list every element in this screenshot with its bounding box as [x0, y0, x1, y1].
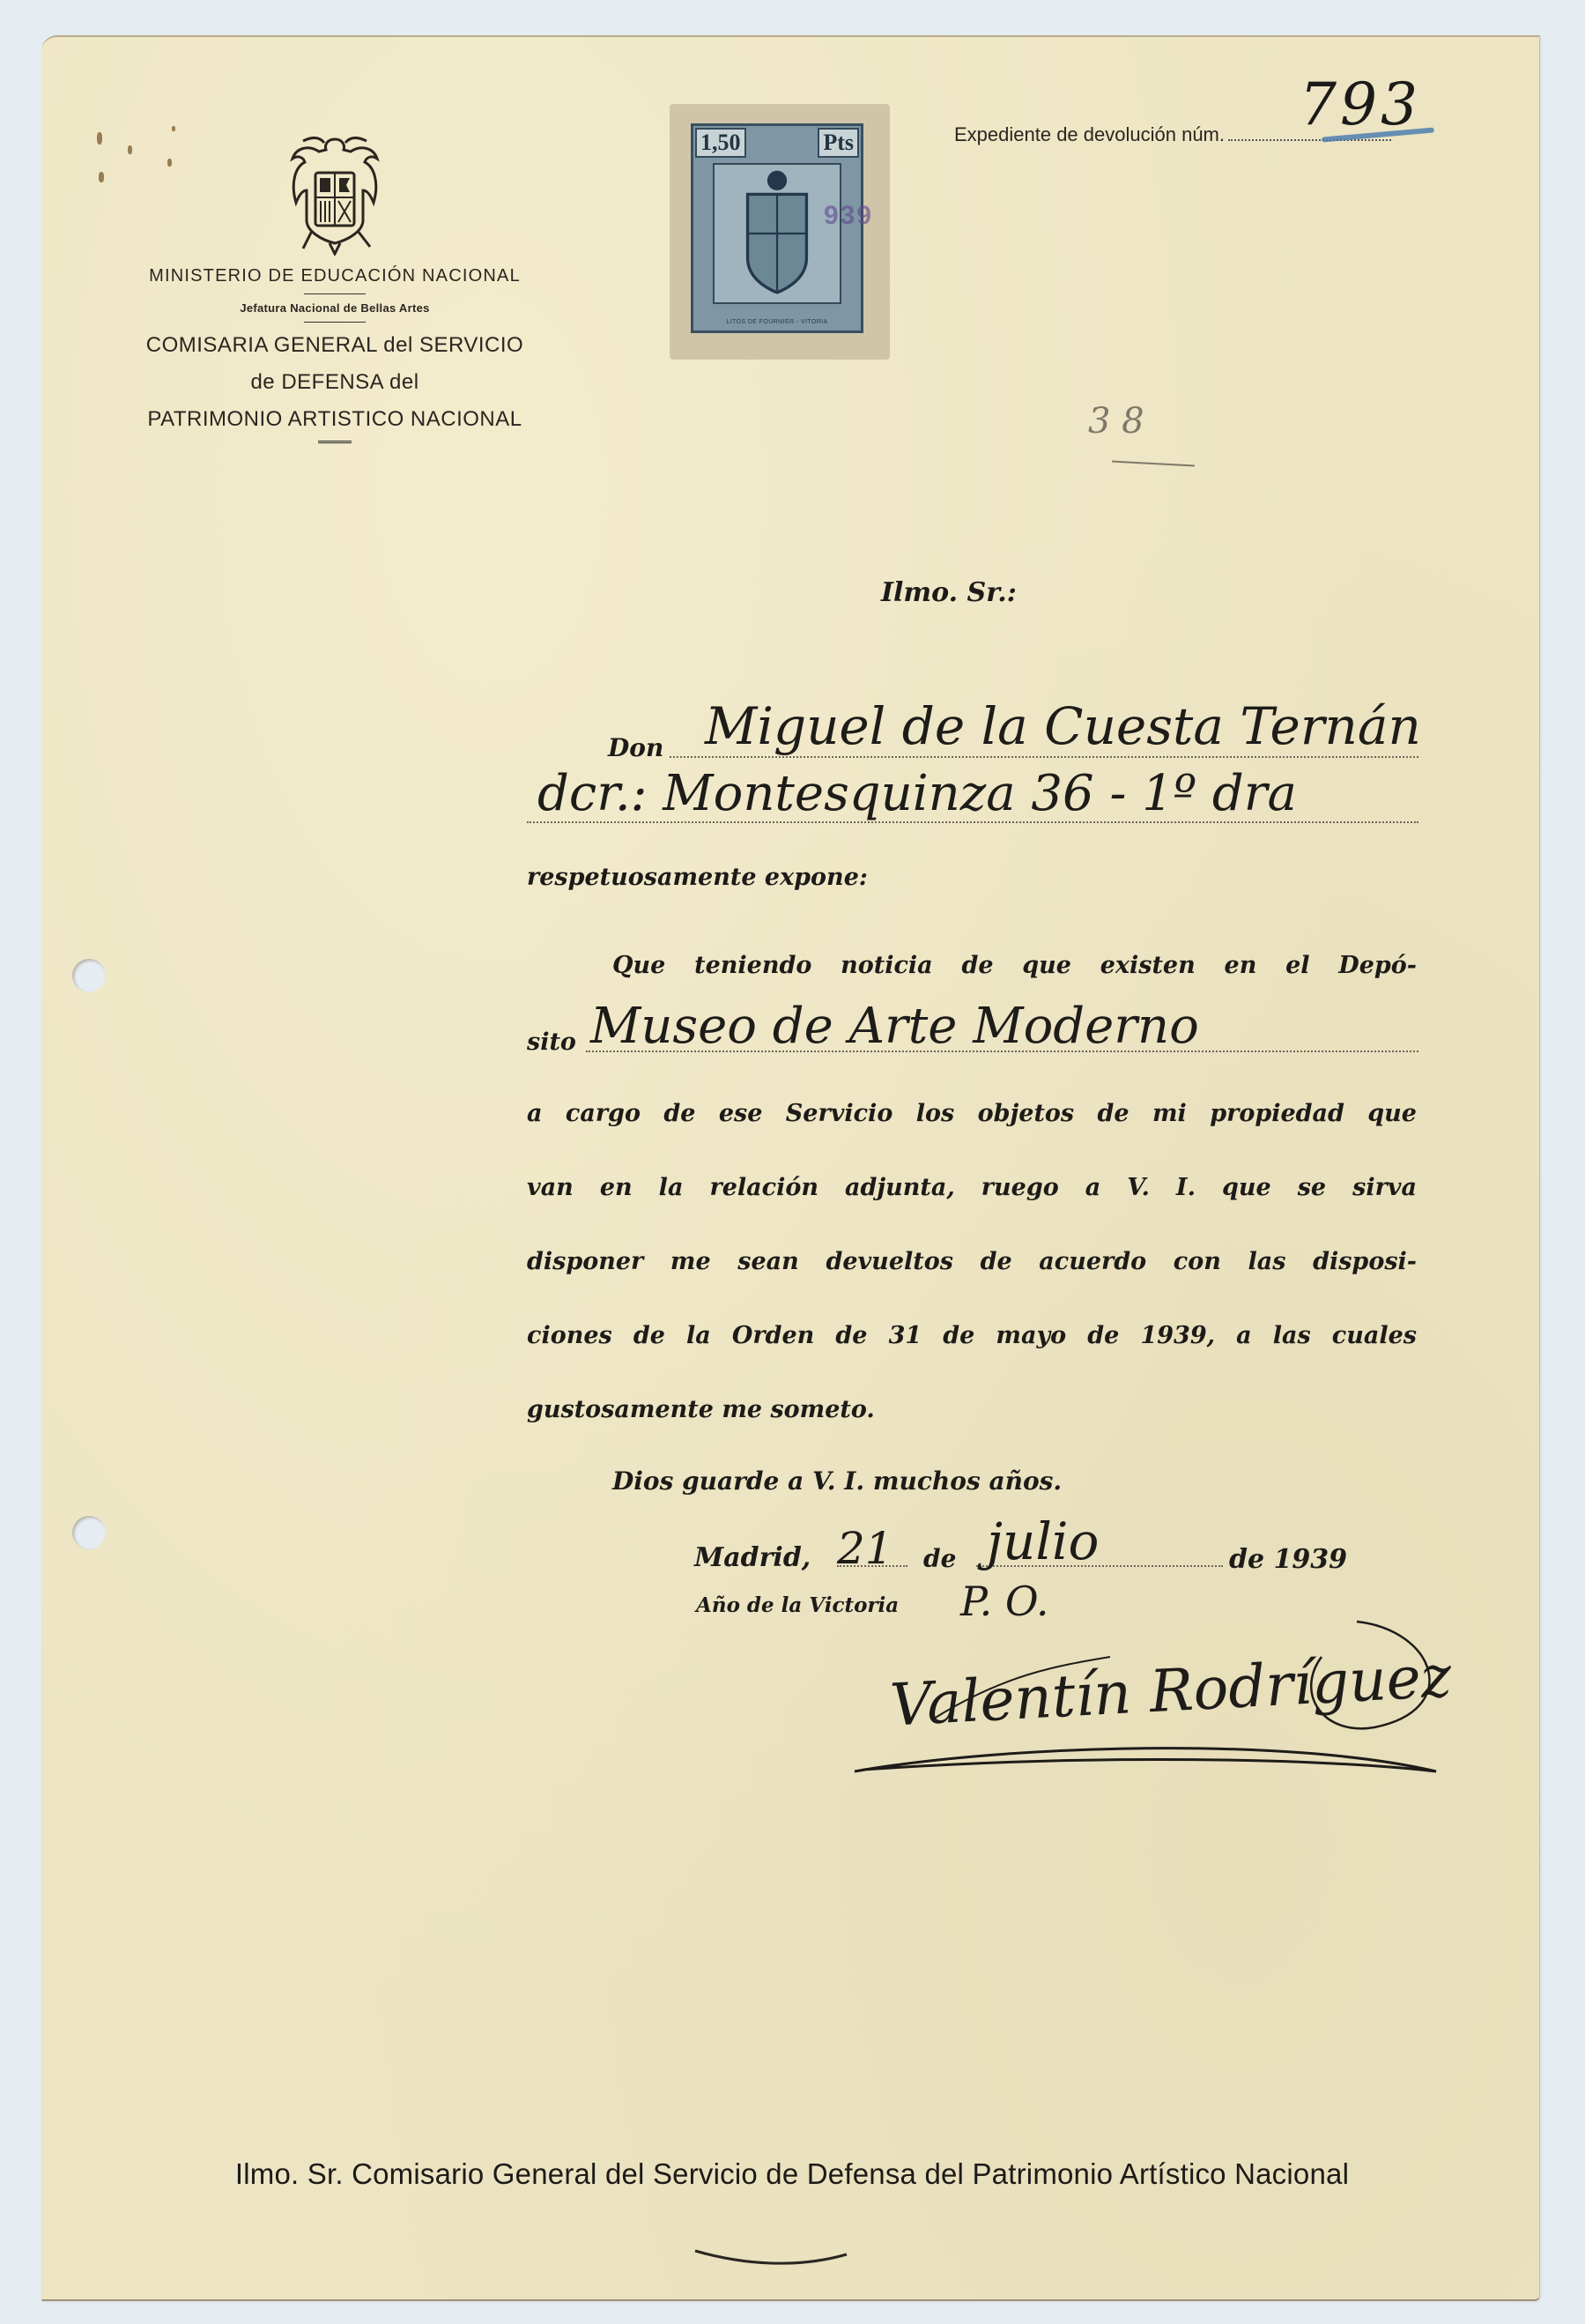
don-label: Don: [608, 733, 663, 762]
pencil-note: 3 8: [1088, 401, 1144, 442]
foxing-mark: [97, 132, 102, 145]
commission-line-2: de DEFENSA del: [132, 367, 537, 398]
stamp-shield-icon: [713, 163, 841, 304]
postmark-cancellation: 939: [824, 201, 873, 231]
commission-line-1: COMISARIA GENERAL del SERVICIO: [132, 330, 537, 361]
stamp-value: 1,50: [695, 128, 746, 158]
dotted-line: [670, 756, 1418, 758]
punch-hole: [72, 1516, 106, 1549]
expediente-number: 793: [1300, 71, 1421, 138]
applicant-name: Miguel de la Cuesta Ternán: [705, 696, 1421, 756]
deposit-location: Museo de Arte Moderno: [590, 998, 1199, 1055]
paragraph-line: Que teniendo noticia de que existen en e…: [612, 952, 1417, 979]
sito-label: sito: [527, 1028, 576, 1056]
addressee-footer: Ilmo. Sr. Comisario General del Servicio…: [153, 2157, 1431, 2191]
applicant-address: dcr.: Montesquinza 36 - 1º dra: [537, 765, 1297, 822]
foxing-mark: [172, 126, 175, 131]
dotted-line: [837, 1565, 907, 1567]
date-month: julio: [987, 1511, 1099, 1571]
paragraph-line: van en la relación adjunta, ruego a V. I…: [527, 1174, 1417, 1201]
divider: [304, 293, 366, 294]
stamp-printer: LITOS DE FOURNIER - VITORIA: [693, 319, 861, 325]
letterhead: MINISTERIO DE EDUCACIÓN NACIONAL Jefatur…: [132, 132, 537, 445]
pencil-tick-mark-icon: [692, 2246, 850, 2272]
date-de-label: de: [923, 1544, 956, 1573]
commission-line-3: PATRIMONIO ARTISTICO NACIONAL: [132, 404, 537, 435]
expediente-label: Expediente de devolución núm.: [954, 123, 1225, 145]
place-label: Madrid,: [694, 1542, 811, 1573]
paragraph-line: a cargo de ese Servicio los objetos de m…: [527, 1100, 1417, 1127]
date-year: de 1939: [1229, 1544, 1347, 1575]
closing-formula: Dios guarde a V. I. muchos años.: [612, 1466, 1062, 1496]
foxing-mark: [99, 172, 104, 182]
paragraph-line: disponer me sean devueltos de acuerdo co…: [527, 1248, 1417, 1275]
revenue-stamp: 1,50 Pts LITOS DE FOURNIER - VITORIA: [670, 104, 890, 360]
paragraph-line: gustosamente me someto.: [527, 1396, 875, 1423]
signature-flourish-icon: [828, 1604, 1463, 1789]
stamp-currency: Pts: [818, 128, 859, 158]
paragraph-line: ciones de la Orden de 31 de mayo de 1939…: [527, 1322, 1417, 1349]
punch-hole: [72, 959, 106, 992]
expone-line: respetuosamente expone:: [527, 864, 868, 891]
ministry-name: MINISTERIO DE EDUCACIÓN NACIONAL: [132, 266, 537, 286]
salutation: Ilmo. Sr.:: [881, 577, 1017, 608]
double-rule: [318, 441, 352, 445]
coat-of-arms-icon: [285, 132, 384, 256]
department-name: Jefatura Nacional de Bellas Artes: [132, 301, 537, 315]
divider: [304, 322, 366, 323]
